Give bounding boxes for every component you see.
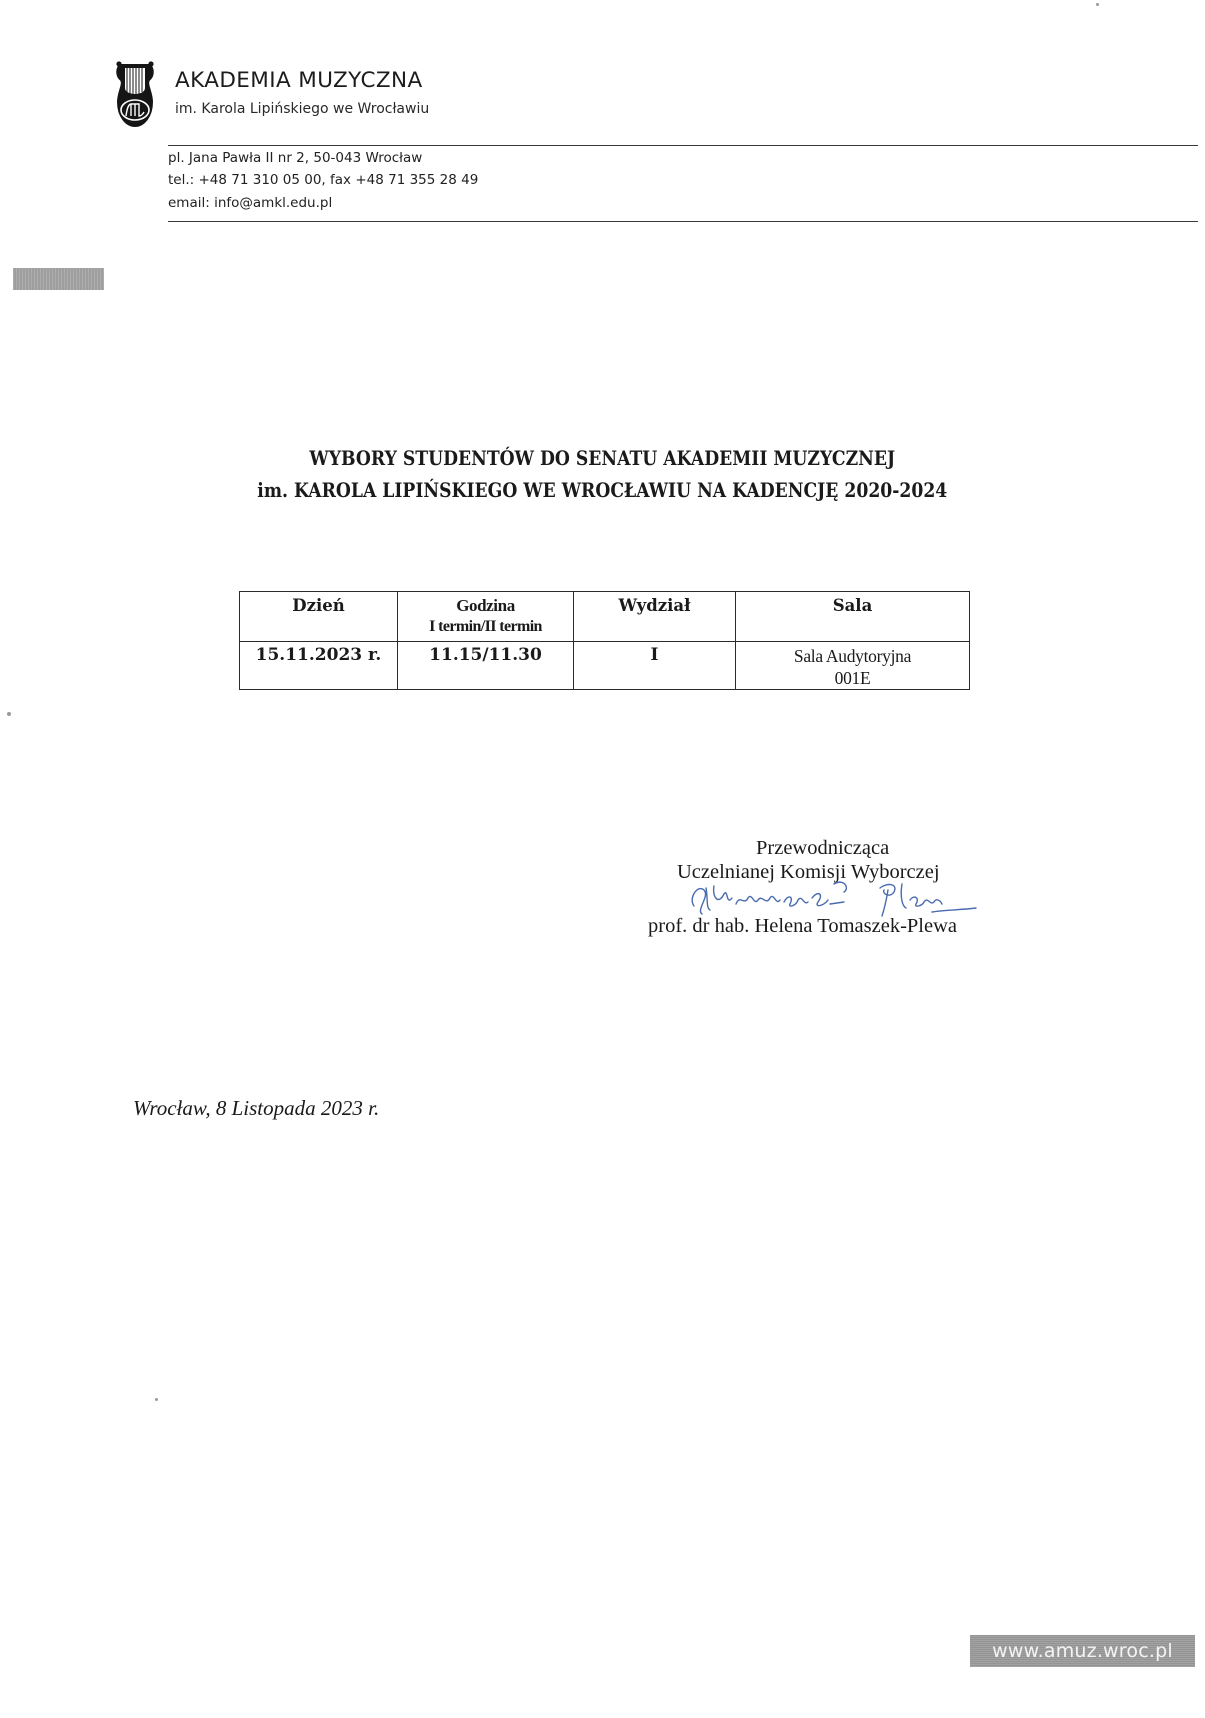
column-header-day: Dzień (240, 592, 398, 642)
lyre-logo-icon (112, 58, 158, 130)
scan-speck (1096, 3, 1099, 6)
header-divider-top (168, 145, 1198, 146)
footer-website-url: www.amuz.wroc.pl (992, 1640, 1173, 1662)
table-header-row: Dzień Godzina I termin/II termin Wydział… (240, 592, 970, 642)
election-schedule-table: Dzień Godzina I termin/II termin Wydział… (239, 591, 970, 690)
table-row: 15.11.2023 r. 11.15/11.30 I Sala Audytor… (240, 642, 970, 690)
cell-room-number: 001E (736, 667, 969, 689)
cell-hour: 11.15/11.30 (398, 642, 574, 690)
signatory-name: prof. dr hab. Helena Tomaszek-Plewa (648, 916, 957, 937)
column-header-faculty: Wydział (574, 592, 736, 642)
address-line: pl. Jana Pawła II nr 2, 50-043 Wrocław (168, 152, 422, 166)
footer-website-banner: www.amuz.wroc.pl (970, 1635, 1195, 1667)
cell-room-name: Sala Audytoryjna (736, 645, 969, 667)
email-line: email: info@amkl.edu.pl (168, 197, 332, 211)
cell-faculty: I (574, 642, 736, 690)
organization-name: AKADEMIA MUZYCZNA (175, 70, 423, 92)
column-header-room: Sala (736, 592, 970, 642)
place-and-date: Wrocław, 8 Listopada 2023 r. (133, 1098, 379, 1119)
column-header-room-label: Sala (833, 596, 873, 615)
document-title-line-1: WYBORY STUDENTÓW DO SENATU AKADEMII MUZY… (84, 442, 1120, 474)
cell-day: 15.11.2023 r. (240, 642, 398, 690)
cell-room: Sala Audytoryjna 001E (736, 642, 970, 690)
column-header-hour: Godzina I termin/II termin (398, 592, 574, 642)
header-divider-bottom (168, 221, 1198, 222)
column-header-hour-label: Godzina (456, 596, 515, 615)
phone-fax-line: tel.: +48 71 310 05 00, fax +48 71 355 2… (168, 174, 478, 188)
scan-speck (7, 712, 11, 716)
scan-artifact-bar (13, 268, 104, 290)
organization-subtitle: im. Karola Lipińskiego we Wrocławiu (175, 102, 429, 116)
document-title: WYBORY STUDENTÓW DO SENATU AKADEMII MUZY… (84, 442, 1120, 506)
signatory-role: Przewodnicząca (756, 838, 889, 859)
document-title-line-2: im. KAROLA LIPIŃSKIEGO WE WROCŁAWIU NA K… (84, 474, 1120, 506)
column-header-faculty-label: Wydział (619, 596, 691, 615)
scan-speck (155, 1398, 158, 1401)
column-header-hour-sublabel: I termin/II termin (398, 618, 573, 636)
column-header-day-label: Dzień (292, 596, 344, 615)
